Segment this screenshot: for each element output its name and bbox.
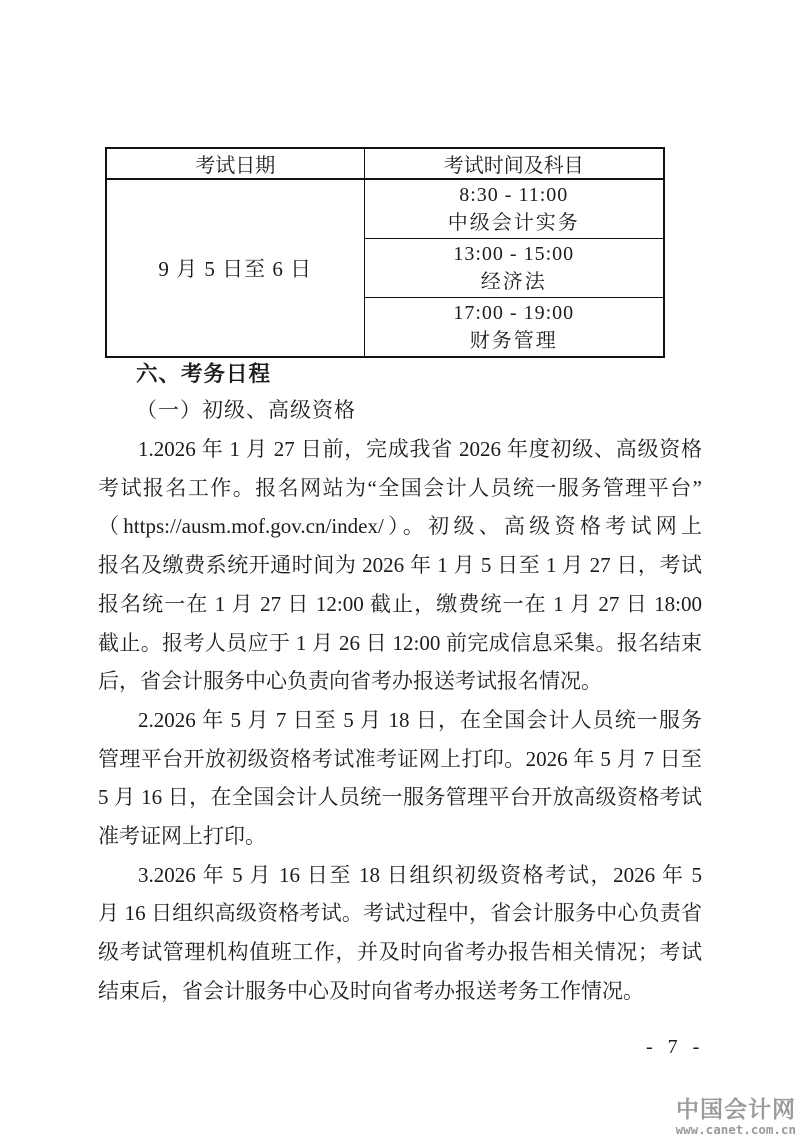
table-row: 9 月 5 日至 6 日 8:30 - 11:00 中级会计实务 xyxy=(106,179,664,239)
paragraph-line: 5 月 16 日，在全国会计人员统一服务管理平台开放高级资格考试 xyxy=(98,778,702,817)
document-page: 考试日期 考试时间及科目 9 月 5 日至 6 日 8:30 - 11:00 中… xyxy=(0,0,800,1142)
session-cell-afternoon: 13:00 - 15:00 经济法 xyxy=(364,239,664,298)
subsection-heading: （一）初级、高级资格 xyxy=(136,390,702,430)
paragraph-line: 考试报名工作。报名网站为“全国会计人员统一服务管理平台” xyxy=(98,469,702,508)
section-heading: 六、考务日程 xyxy=(136,358,702,390)
session-time: 17:00 - 19:00 xyxy=(365,299,664,327)
watermark-logo-text: 中国会计网 xyxy=(670,1098,796,1121)
session-time: 8:30 - 11:00 xyxy=(365,181,664,209)
session-subject: 中级会计实务 xyxy=(365,209,664,237)
exam-schedule-table: 考试日期 考试时间及科目 9 月 5 日至 6 日 8:30 - 11:00 中… xyxy=(105,147,665,358)
exam-date-cell: 9 月 5 日至 6 日 xyxy=(106,179,364,357)
paragraph-line: 1.2026 年 1 月 27 日前，完成我省 2026 年度初级、高级资格 xyxy=(98,430,702,469)
table-header-row: 考试日期 考试时间及科目 xyxy=(106,148,664,179)
paragraph-1: 1.2026 年 1 月 27 日前，完成我省 2026 年度初级、高级资格 考… xyxy=(98,430,702,701)
paragraph-line: 3.2026 年 5 月 16 日至 18 日组织初级资格考试，2026 年 5 xyxy=(98,856,702,895)
paragraph-3: 3.2026 年 5 月 16 日至 18 日组织初级资格考试，2026 年 5… xyxy=(98,856,702,1011)
paragraph-line: 后，省会计服务中心负责向省考办报送考试报名情况。 xyxy=(98,662,702,701)
site-watermark: 中国会计网 www.canet.com.cn xyxy=(670,1098,796,1137)
paragraph-line: 管理平台开放初级资格考试准考证网上打印。2026 年 5 月 7 日至 xyxy=(98,740,702,779)
session-cell-morning: 8:30 - 11:00 中级会计实务 xyxy=(364,179,664,239)
paragraph-line: 报名统一在 1 月 27 日 12:00 截止，缴费统一在 1 月 27 日 1… xyxy=(98,585,702,624)
paragraph-line: 2.2026 年 5 月 7 日至 5 月 18 日，在全国会计人员统一服务 xyxy=(98,701,702,740)
session-cell-evening: 17:00 - 19:00 财务管理 xyxy=(364,298,664,358)
document-body: 六、考务日程 （一）初级、高级资格 1.2026 年 1 月 27 日前，完成我… xyxy=(98,358,702,1011)
session-subject: 财务管理 xyxy=(365,327,664,355)
session-time: 13:00 - 15:00 xyxy=(365,240,664,268)
watermark-url-text: www.canet.com.cn xyxy=(670,1124,796,1137)
paragraph-line: 截止。报考人员应于 1 月 26 日 12:00 前完成信息采集。报名结束 xyxy=(98,624,702,663)
paragraph-line: （https://ausm.mof.gov.cn/index/）。初级、高级资格… xyxy=(98,507,702,546)
page-number: - 7 - xyxy=(646,1034,704,1060)
paragraph-line: 报名及缴费系统开通时间为 2026 年 1 月 5 日至 1 月 27 日，考试 xyxy=(98,546,702,585)
paragraph-line: 月 16 日组织高级资格考试。考试过程中，省会计服务中心负责省 xyxy=(98,894,702,933)
paragraph-line: 级考试管理机构值班工作，并及时向省考办报告相关情况；考试 xyxy=(98,933,702,972)
paragraph-2: 2.2026 年 5 月 7 日至 5 月 18 日，在全国会计人员统一服务 管… xyxy=(98,701,702,856)
exam-date-header-cell: 考试日期 xyxy=(106,148,364,179)
exam-session-header-cell: 考试时间及科目 xyxy=(364,148,664,179)
session-subject: 经济法 xyxy=(365,268,664,296)
paragraph-line: 准考证网上打印。 xyxy=(98,817,702,856)
paragraph-line: 结束后，省会计服务中心及时向省考办报送考务工作情况。 xyxy=(98,972,702,1011)
